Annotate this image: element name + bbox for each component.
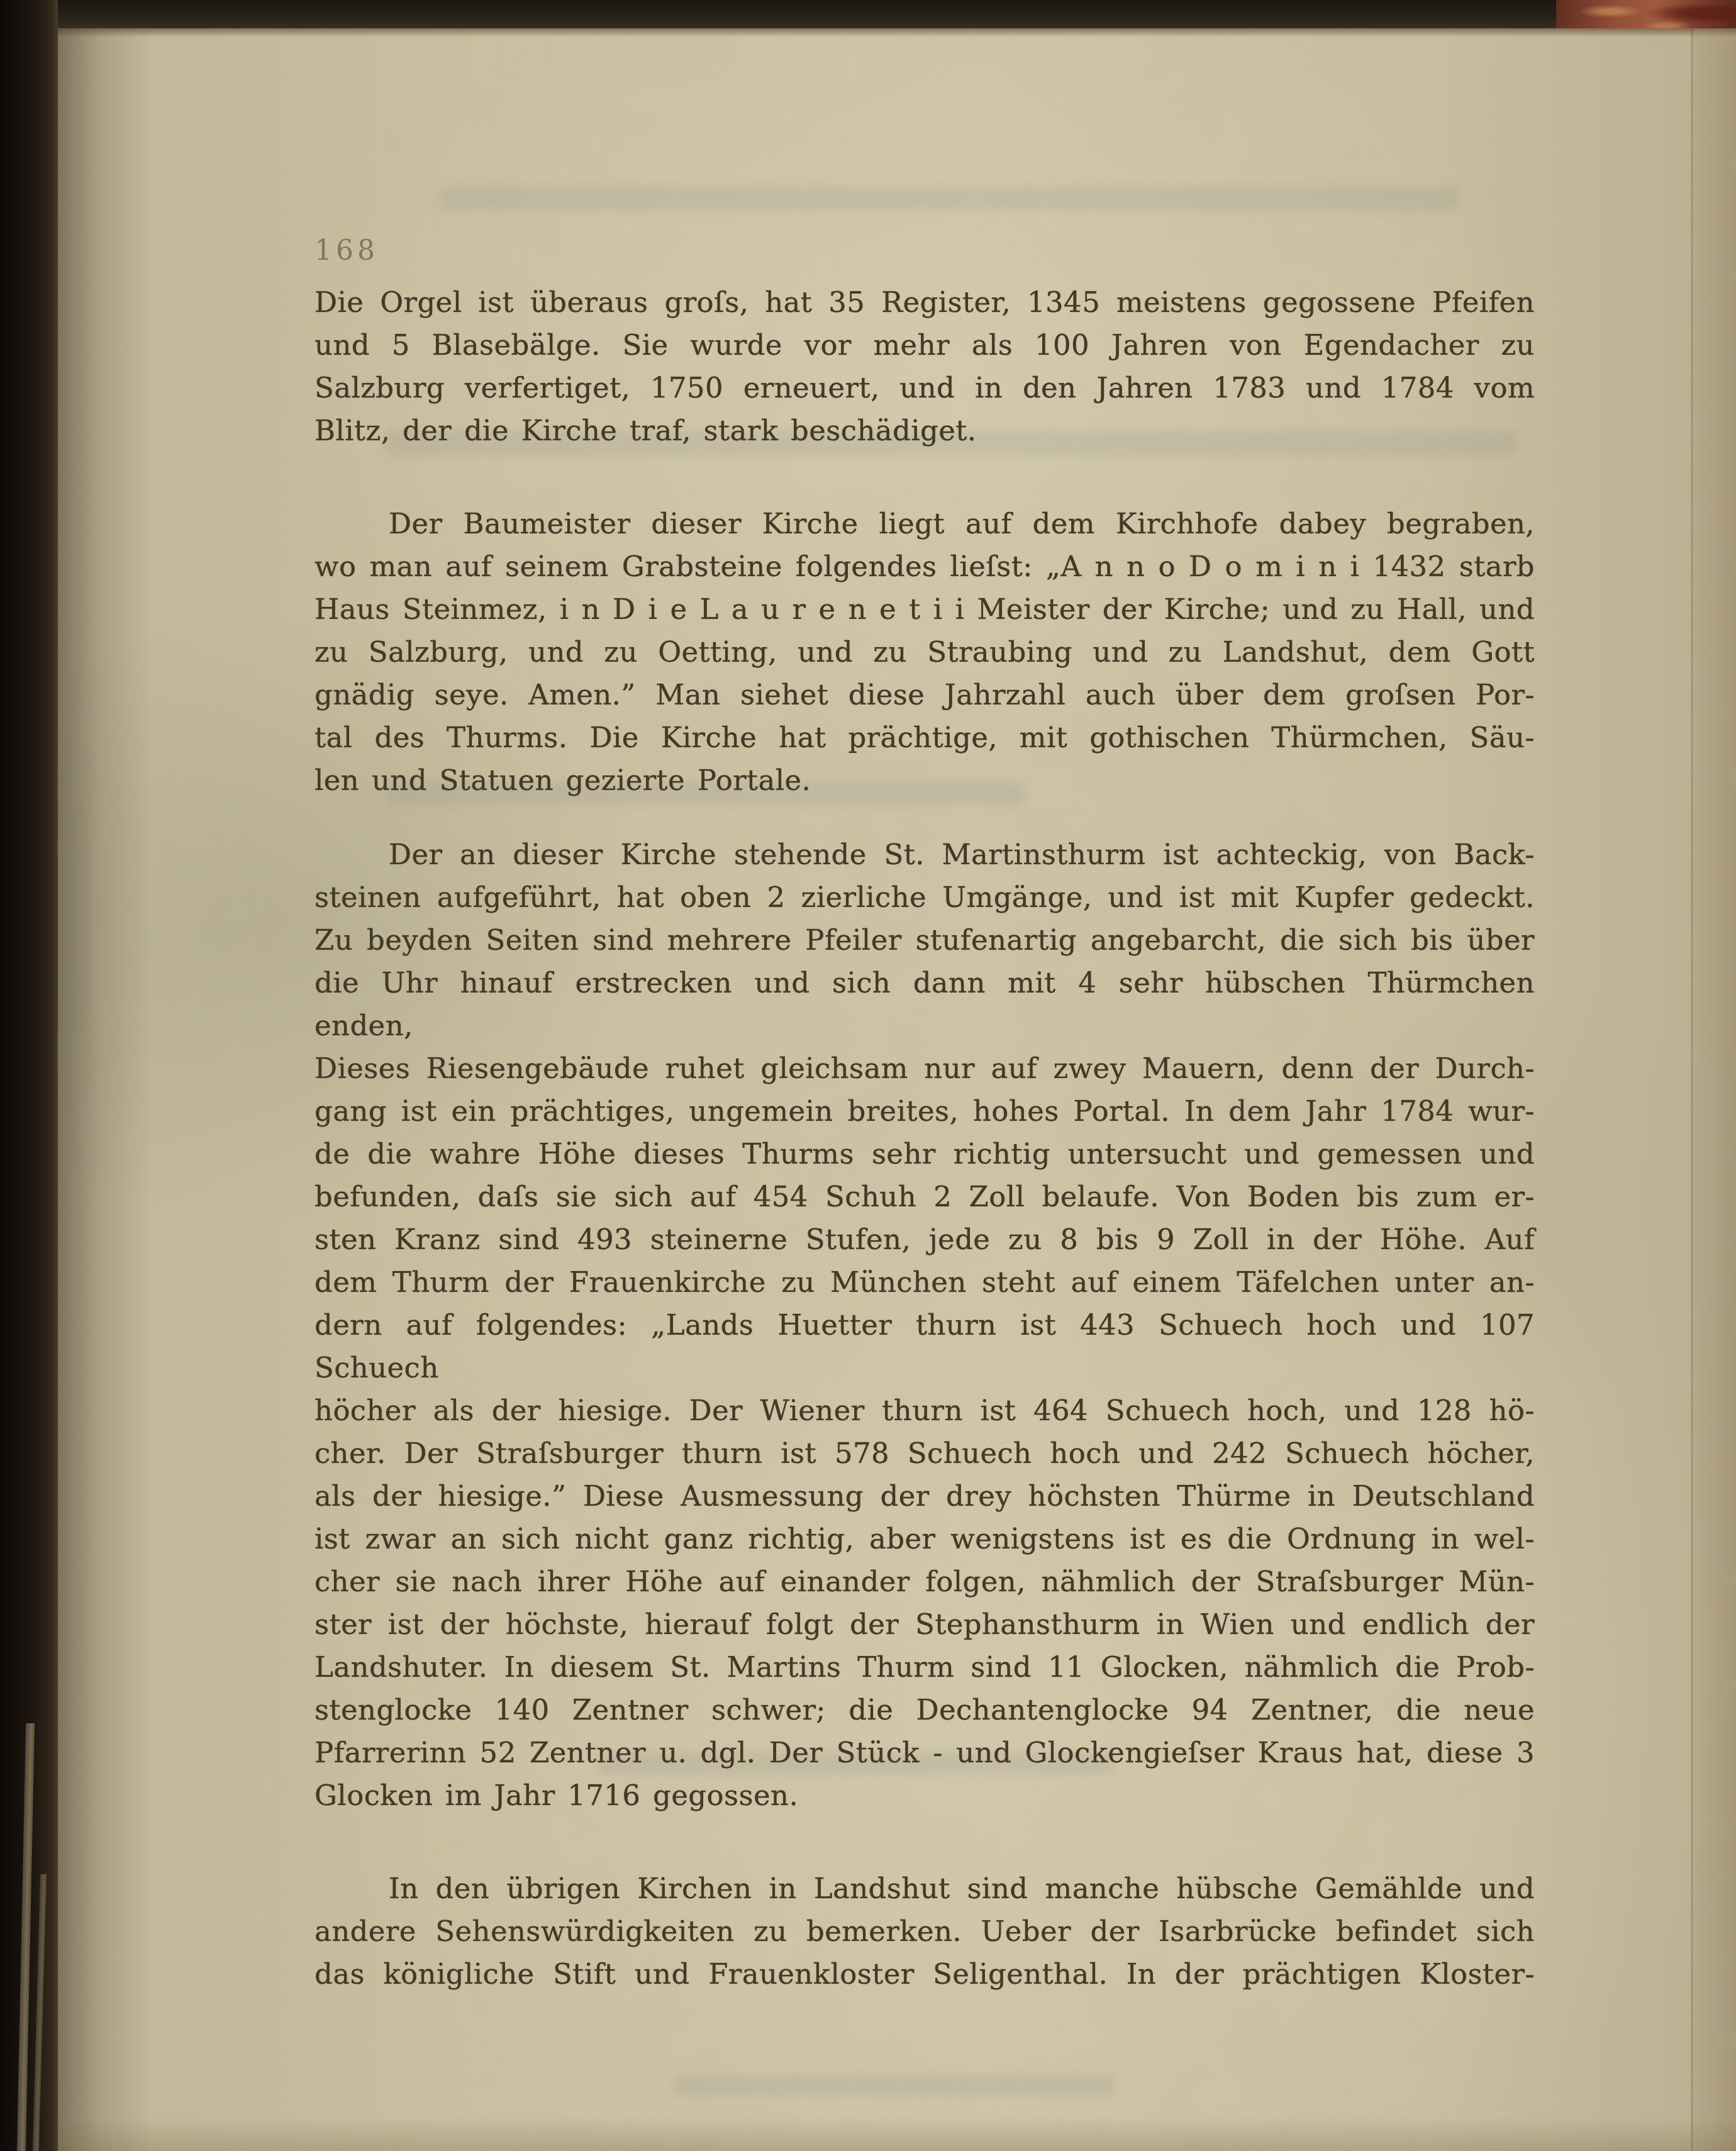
page-right-edge-shading [1693,28,1736,2151]
text-block: Die Orgel ist überaus groſs, hat 35 Regi… [314,281,1535,1996]
paragraph: Der an dieser Kirche stehende St. Martin… [314,833,1535,1817]
text-line: Glocken im Jahr 1716 gegossen. [314,1774,1535,1817]
text-line: ist zwar an sich nicht ganz richtig, abe… [314,1518,1535,1560]
text-line: als der hiesige.” Diese Ausmessung der d… [314,1475,1535,1518]
inner-spine-shadow [58,28,152,2151]
text-line: die Uhr hinauf erstrecken und sich dann … [314,962,1535,1047]
text-line: Blitz, der die Kirche traf, stark beschä… [314,409,1535,452]
text-line: gnädig seye. Amen.” Man siehet diese Jah… [314,674,1535,716]
text-line: sten Kranz sind 493 steinerne Stufen, je… [314,1218,1535,1261]
text-line: andere Sehenswürdigkeiten zu bemerken. U… [314,1910,1535,1953]
ghost-text-smudge [440,187,1459,211]
text-line: wo man auf seinem Grabsteine folgendes l… [314,545,1535,588]
text-line: Die Orgel ist überaus groſs, hat 35 Regi… [314,281,1535,324]
bottom-edge-shadow [58,2117,1736,2151]
text-line: dern auf folgendes: „Lands Huetter thurn… [314,1304,1535,1389]
text-line: befunden, daſs sie sich auf 454 Schuh 2 … [314,1176,1535,1218]
text-line: Der an dieser Kirche stehende St. Martin… [314,833,1535,876]
text-line: höcher als der hiesige. Der Wiener thurn… [314,1389,1535,1432]
book-scan-photo: 168 Die Orgel ist überaus groſs, hat 35 … [0,0,1736,2151]
paragraph: Die Orgel ist überaus groſs, hat 35 Regi… [314,281,1535,452]
text-line: Salzburg verfertiget, 1750 erneuert, und… [314,367,1535,409]
paragraph: In den übrigen Kirchen in Landshut sind … [314,1867,1535,1996]
paragraph: Der Baumeister dieser Kirche liegt auf d… [314,503,1535,802]
text-line: Der Baumeister dieser Kirche liegt auf d… [314,503,1535,545]
text-line: steinen aufgeführt, hat oben 2 zierliche… [314,876,1535,919]
text-line: dem Thurm der Frauenkirche zu München st… [314,1261,1535,1304]
text-line: das königliche Stift und Frauenkloster S… [314,1953,1535,1996]
book-page: 168 Die Orgel ist überaus groſs, hat 35 … [58,28,1736,2151]
ghost-text-smudge [674,2076,1115,2096]
text-line: Zu beyden Seiten sind mehrere Pfeiler st… [314,919,1535,962]
background-top-edge [0,0,1736,29]
text-line: In den übrigen Kirchen in Landshut sind … [314,1867,1535,1910]
text-line: ster ist der höchste, hierauf folgt der … [314,1603,1535,1646]
text-line: de die wahre Höhe dieses Thurms sehr ric… [314,1133,1535,1176]
page-number: 168 [314,235,379,267]
text-line: Pfarrerinn 52 Zentner u. dgl. Der Stück … [314,1731,1535,1774]
text-line: len und Statuen gezierte Portale. [314,759,1535,802]
text-line: stenglocke 140 Zentner schwer; die Decha… [314,1689,1535,1731]
text-line: tal des Thurms. Die Kirche hat prächtige… [314,716,1535,759]
text-line: Haus Steinmez, i n D i e L a u r e n e t… [314,588,1535,631]
text-line: cher sie nach ihrer Höhe auf einander fo… [314,1560,1535,1603]
text-line: und 5 Blasebälge. Sie wurde vor mehr als… [314,324,1535,367]
text-line: cher. Der Straſsburger thurn ist 578 Sch… [314,1432,1535,1475]
text-line: Dieses Riesengebäude ruhet gleichsam nur… [314,1047,1535,1090]
top-crease-shadow [58,28,1736,37]
text-line: gang ist ein prächtiges, ungemein breite… [314,1090,1535,1133]
text-line: Landshuter. In diesem St. Martins Thurm … [314,1646,1535,1689]
text-line: zu Salzburg, und zu Oetting, und zu Stra… [314,631,1535,674]
